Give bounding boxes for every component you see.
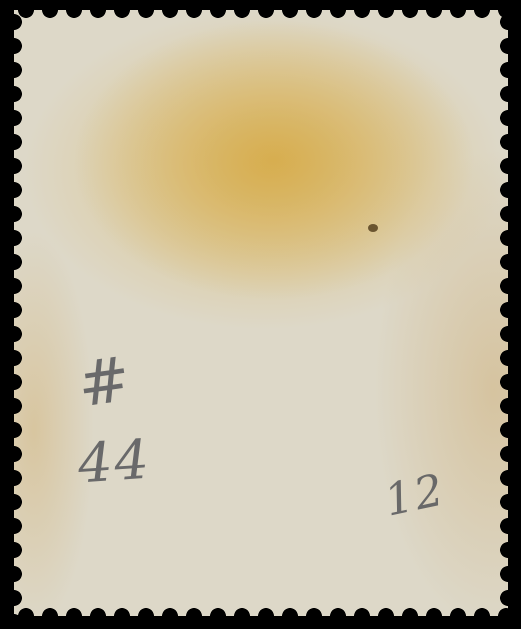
pencil-catalog-number: 44	[76, 428, 153, 496]
pencil-hash-mark: #	[73, 342, 137, 422]
left-perforations	[6, 10, 22, 616]
right-perforations	[500, 10, 516, 616]
ink-spot	[368, 224, 378, 232]
stamp-back	[14, 10, 508, 616]
